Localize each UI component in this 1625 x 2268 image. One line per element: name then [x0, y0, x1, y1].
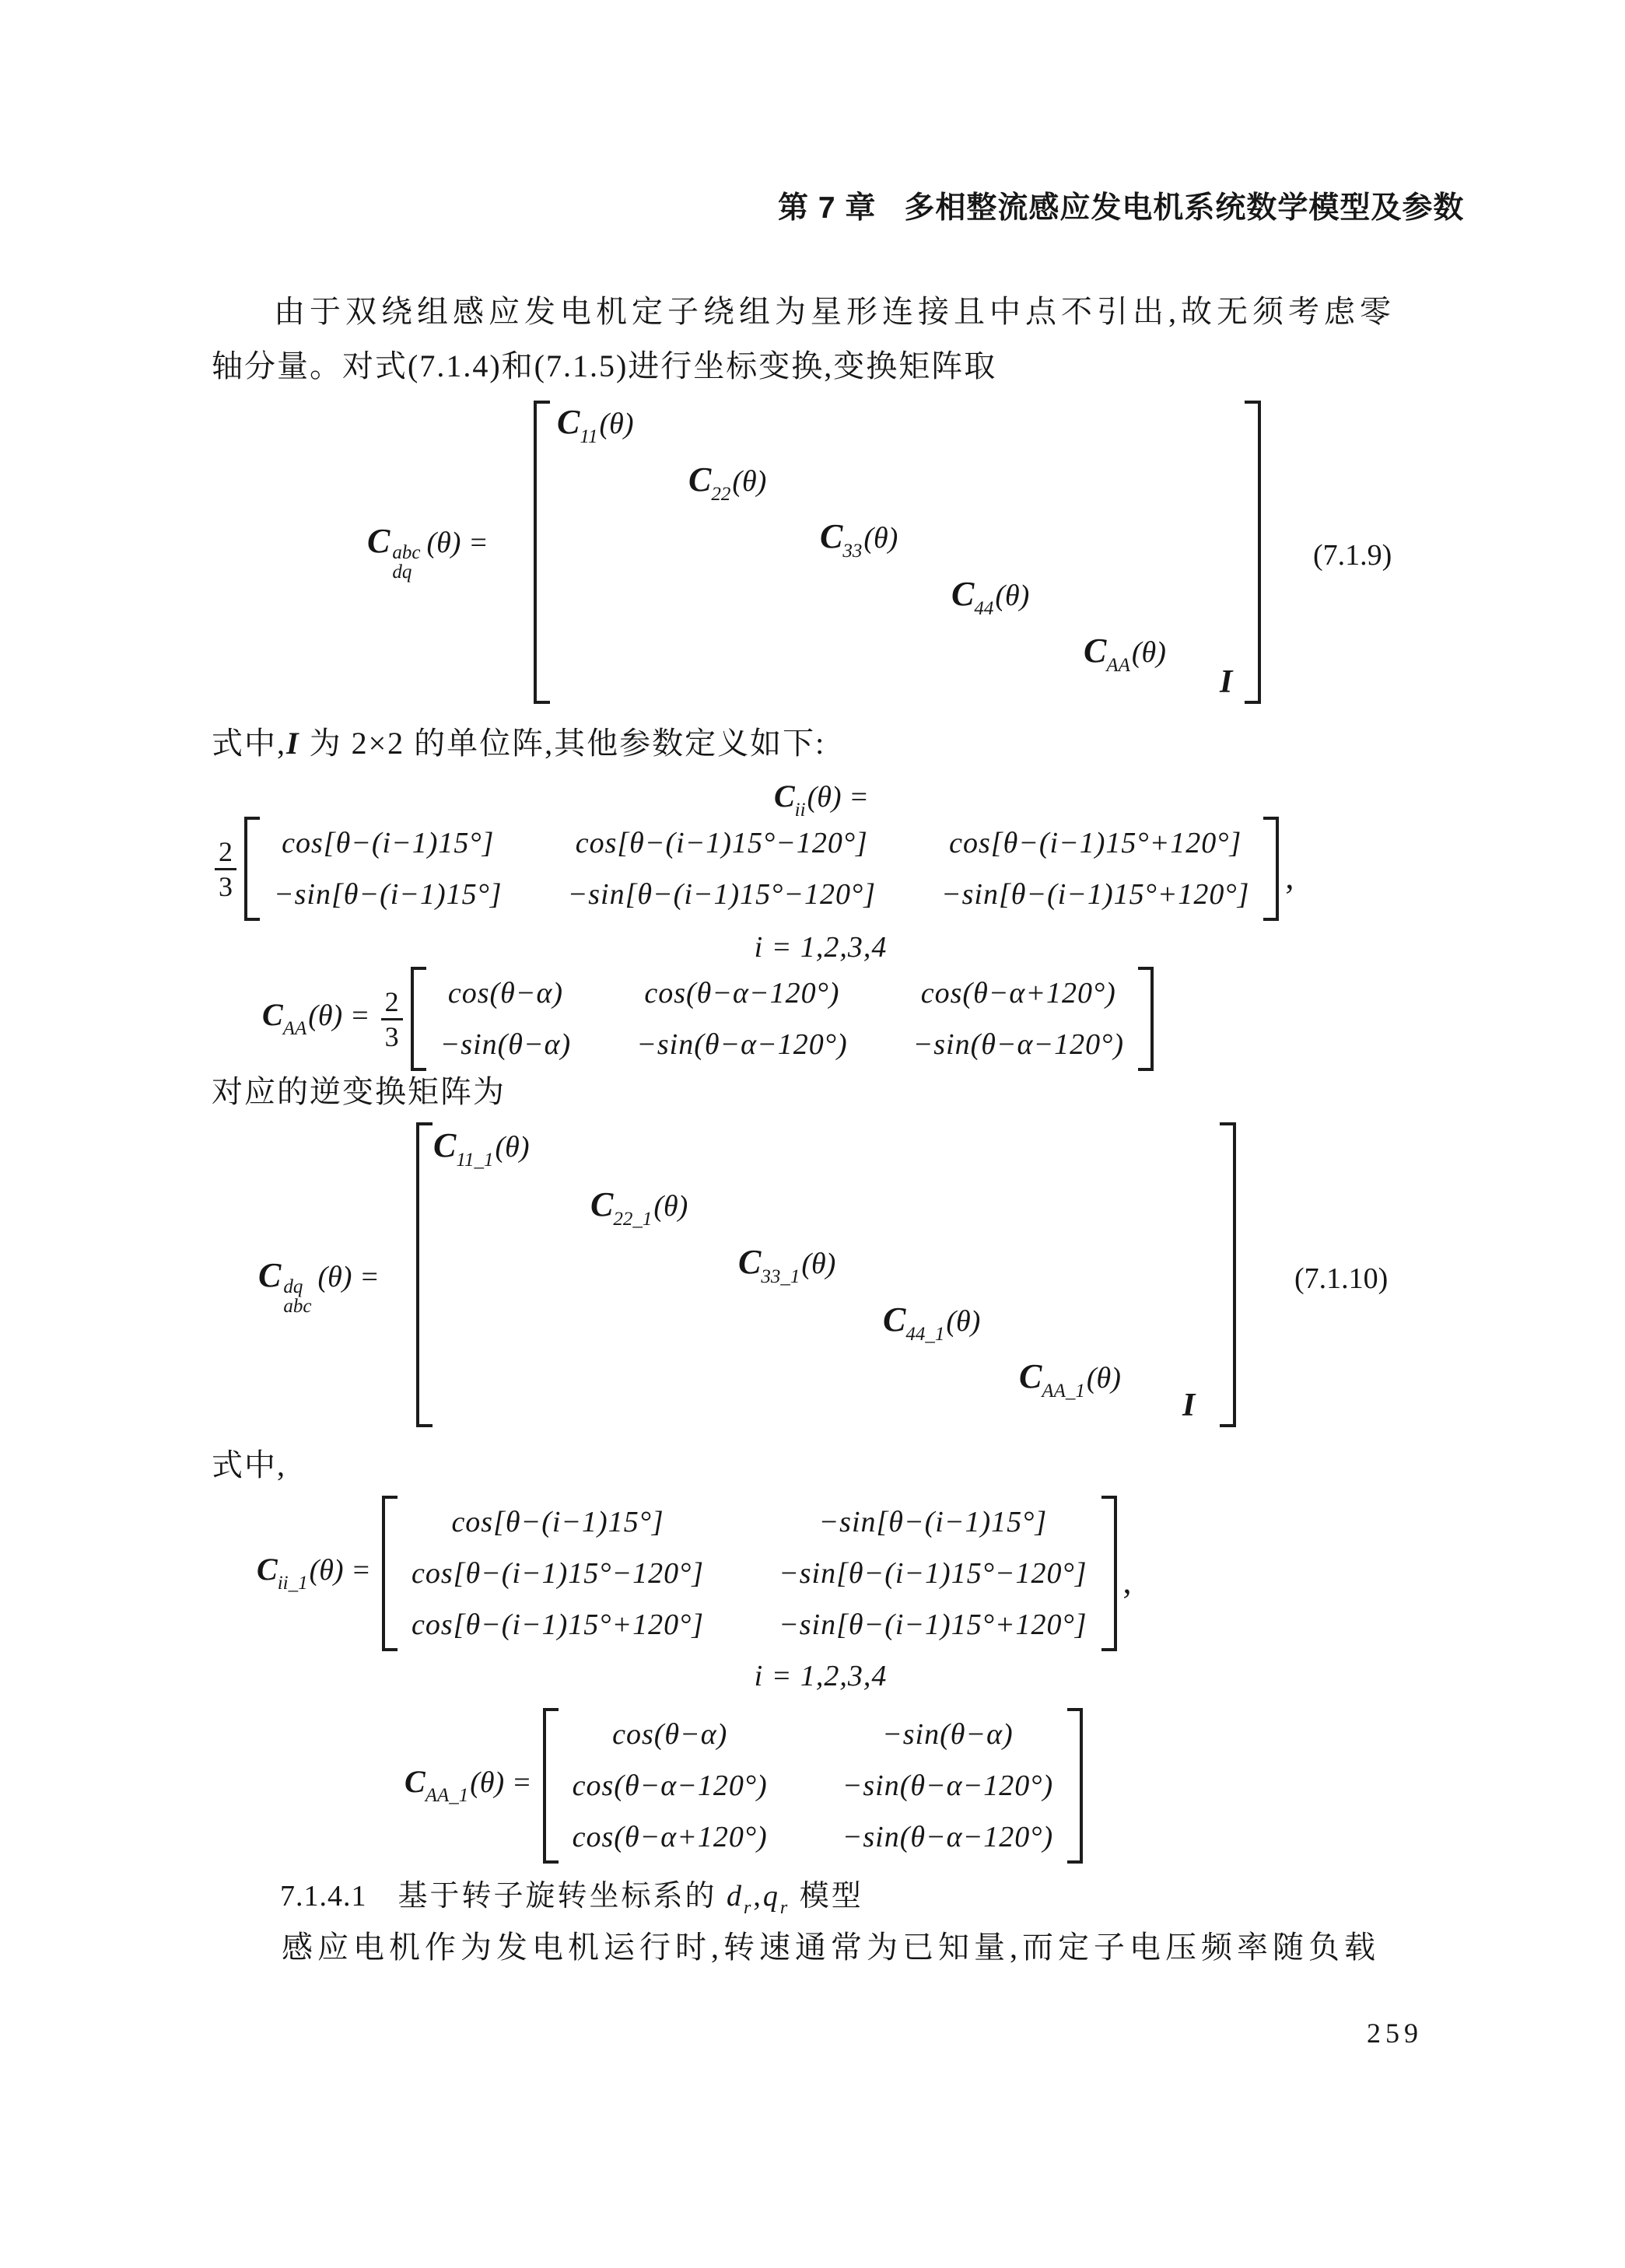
theta-argument: (θ): [732, 465, 766, 498]
matrix-cell: −sin(θ−α−120°): [842, 1818, 1053, 1856]
matrix-cell: −sin(θ−α−120°): [913, 1026, 1124, 1063]
theta-argument: (θ): [308, 999, 342, 1032]
matrix-entry: CAA_1(θ): [1019, 1360, 1121, 1402]
fraction-numerator: 2: [219, 837, 233, 866]
theta-argument: (θ): [470, 1766, 504, 1799]
matrix-right-bracket: [1263, 817, 1279, 921]
matrix-cell: cos(θ−α): [573, 1716, 768, 1753]
paragraph-line: 轴分量。对式(7.1.4)和(7.1.5)进行坐标变换,变换矩阵取: [212, 348, 996, 384]
fraction: 2 3: [215, 837, 236, 901]
matrix-entry: C11_1(θ): [433, 1129, 530, 1171]
identity-symbol: I: [1220, 663, 1232, 701]
matrix-cell: cos(θ−α+120°): [913, 975, 1124, 1012]
c-ii-1-formula: Cii_1(θ)= cos[θ−(i−1)15°] −sin[θ−(i−1)15…: [257, 1496, 1132, 1651]
fraction-bar: [381, 1018, 403, 1020]
subscript: 22_1: [613, 1209, 652, 1230]
c-symbol: C: [688, 460, 711, 499]
matrix-cell: −sin[θ−(i−1)15°]: [779, 1503, 1087, 1541]
paragraph-line: 由于双绕组感应发电机定子绕组为星形连接且中点不引出,故无须考虑零: [274, 294, 1396, 330]
superscript: abc: [392, 543, 420, 562]
comma: ,: [753, 1880, 763, 1913]
matrix-entry: C22_1(θ): [590, 1188, 688, 1230]
theta-argument: (θ): [807, 781, 842, 814]
running-header: 第 7 章多相整流感应发电机系统数学模型及参数: [778, 184, 1464, 227]
c-symbol: C: [774, 779, 795, 814]
matrix-cell: −sin(θ−α): [440, 1026, 572, 1063]
matrix-grid: cos(θ−α) cos(θ−α−120°) cos(θ−α+120°) −si…: [426, 967, 1138, 1071]
sup-sub-stack: dqabc: [283, 1277, 311, 1316]
subscript: abc: [283, 1297, 311, 1316]
matrix-cell: −sin[θ−(i−1)15°+120°]: [941, 876, 1249, 913]
section-number: 7.1.4.1: [280, 1880, 367, 1913]
matrix-cell: cos(θ−α−120°): [573, 1767, 768, 1804]
matrix-cell: cos[θ−(i−1)15°]: [274, 824, 503, 862]
superscript: dq: [283, 1277, 303, 1297]
equation-lhs: Cii_1(θ)=: [257, 1552, 369, 1594]
theta-argument: (θ): [310, 1554, 344, 1587]
subscript: 22: [711, 484, 730, 505]
section-title: 基于转子旋转坐标系的: [398, 1880, 727, 1913]
note-text: 为 2×2 的单位阵,其他参数定义如下:: [300, 726, 826, 761]
theta-argument: (θ): [317, 1261, 352, 1293]
equation-number: (7.1.9): [1313, 538, 1392, 572]
c-symbol: C: [367, 522, 390, 560]
fraction-numerator: 2: [385, 987, 399, 1017]
trailing-comma: ,: [1123, 1562, 1132, 1601]
subscript: 11_1: [456, 1150, 493, 1171]
matrix-grid: cos(θ−α) −sin(θ−α) cos(θ−α−120°) −sin(θ−…: [559, 1708, 1067, 1864]
book-page: 第 7 章多相整流感应发电机系统数学模型及参数 由于双绕组感应发电机定子绕组为星…: [0, 0, 1625, 2268]
index-range: i = 1,2,3,4: [212, 930, 1430, 964]
c-symbol: C: [1019, 1357, 1042, 1395]
chapter-label: 第 7 章: [778, 191, 876, 225]
fraction-bar: [215, 868, 236, 870]
matrix-right-bracket: [1245, 401, 1261, 704]
theta-argument: (θ): [801, 1248, 835, 1280]
subscript: ii_1: [278, 1573, 308, 1594]
theta-argument: (θ): [496, 1131, 530, 1164]
equation-lhs: CAA_1(θ)=: [404, 1765, 531, 1807]
sup-sub-stack: abcdq: [392, 543, 420, 582]
subscript: 44_1: [905, 1324, 944, 1345]
subscript: AA_1: [426, 1785, 469, 1806]
c-aa-1-formula: CAA_1(θ)= cos(θ−α) −sin(θ−α) cos(θ−α−120…: [404, 1708, 1083, 1864]
theta-argument: (θ): [426, 527, 461, 559]
c-symbol: C: [557, 403, 580, 441]
header-title: 多相整流感应发电机系统数学模型及参数: [904, 191, 1464, 225]
c-symbol: C: [257, 1552, 278, 1587]
subscript: 33: [842, 541, 862, 562]
matrix-cell: −sin[θ−(i−1)15°−120°]: [779, 1555, 1087, 1592]
matrix-right-bracket: [1138, 967, 1154, 1071]
theta-argument: (θ): [653, 1190, 688, 1223]
subscript: AA: [283, 1018, 307, 1039]
c-symbol: C: [951, 575, 974, 613]
c-symbol: C: [1084, 632, 1106, 670]
matrix-cell: cos[θ−(i−1)15°+120°]: [412, 1606, 704, 1643]
matrix-right-bracket: [1101, 1496, 1117, 1651]
equation-lhs: Cabcdq(θ)=: [367, 524, 487, 576]
fraction-denominator: 3: [385, 1022, 399, 1052]
subscript-r: r: [780, 1898, 790, 1918]
equals-sign: =: [361, 1261, 377, 1293]
matrix-cell: cos[θ−(i−1)15°−120°]: [568, 824, 876, 862]
matrix-entry: C44_1(θ): [883, 1303, 980, 1346]
c-symbol: C: [883, 1300, 905, 1339]
matrix-cell: −sin[θ−(i−1)15°+120°]: [779, 1606, 1087, 1643]
matrix-cell: cos(θ−α+120°): [573, 1818, 768, 1856]
c-symbol: C: [738, 1243, 761, 1281]
equals-sign: =: [470, 527, 486, 559]
c-symbol: C: [590, 1185, 613, 1223]
theta-argument: (θ): [1132, 636, 1166, 669]
c-symbol: C: [820, 517, 842, 555]
inline-note: 对应的逆变换矩阵为: [212, 1074, 506, 1110]
diagonal-matrix-7-1-9: C11(θ) C22(θ) C33(θ) C44(θ) CAA(θ) I: [534, 401, 1260, 704]
matrix-entry: C33_1(θ): [738, 1245, 835, 1288]
matrix-right-bracket: [1067, 1708, 1083, 1864]
section-heading: 7.1.4.1基于转子旋转坐标系的 dr,qr 模型: [280, 1871, 863, 1919]
matrix-left-bracket: [543, 1708, 559, 1864]
subscript: AA_1: [1042, 1381, 1085, 1402]
identity-symbol: I: [1182, 1387, 1195, 1424]
c-symbol: C: [404, 1764, 426, 1799]
matrix-left-bracket: [382, 1496, 397, 1651]
c-ii-formula: 2 3 cos[θ−(i−1)15°] cos[θ−(i−1)15°−120°]…: [215, 817, 1294, 921]
diagonal-matrix-7-1-10: C11_1(θ) C22_1(θ) C33_1(θ) C44_1(θ) CAA_…: [416, 1122, 1235, 1427]
subscript: 44: [974, 598, 993, 619]
index-range: i = 1,2,3,4: [212, 1659, 1430, 1693]
section-title: 模型: [790, 1880, 863, 1913]
inline-note: 式中,I 为 2×2 的单位阵,其他参数定义如下:: [212, 726, 825, 761]
matrix-entry: CAA(θ): [1084, 634, 1166, 677]
theta-argument: (θ): [600, 408, 634, 440]
matrix-right-bracket: [1220, 1122, 1236, 1427]
c-symbol: C: [258, 1256, 281, 1294]
equals-sign: =: [353, 1554, 369, 1587]
matrix-cell: −sin(θ−α−120°): [842, 1767, 1053, 1804]
theta-argument: (θ): [946, 1305, 980, 1338]
matrix-cell: cos[θ−(i−1)15°−120°]: [412, 1555, 704, 1592]
fraction-denominator: 3: [219, 872, 233, 901]
identity-symbol: I: [286, 726, 300, 761]
matrix-cell: cos(θ−α): [440, 975, 572, 1012]
equation-lhs: CAA(θ)=: [262, 998, 369, 1040]
inline-note: 式中,: [212, 1447, 286, 1483]
matrix-grid: cos[θ−(i−1)15°] cos[θ−(i−1)15°−120°] cos…: [260, 817, 1263, 921]
q-variable: q: [763, 1880, 780, 1913]
c-aa-formula: CAA(θ)= 2 3 cos(θ−α) cos(θ−α−120°) cos(θ…: [262, 967, 1154, 1071]
subscript: dq: [392, 562, 412, 582]
equals-sign: =: [352, 999, 368, 1032]
matrix-cell: −sin(θ−α−120°): [636, 1026, 847, 1063]
note-text: 式中,: [212, 726, 286, 761]
matrix-entry: C44(θ): [951, 577, 1029, 620]
equation-number: (7.1.10): [1294, 1262, 1388, 1296]
trailing-comma: ,: [1285, 857, 1294, 897]
theta-argument: (θ): [1087, 1362, 1121, 1395]
matrix-entry: C11(θ): [557, 405, 634, 448]
matrix-cell: −sin(θ−α): [842, 1716, 1053, 1753]
fraction: 2 3: [381, 987, 403, 1052]
subscript-r: r: [744, 1898, 753, 1918]
body-paragraph: 感应电机作为发电机运行时,转速通常为已知量,而定子电压频率随负载: [282, 1930, 1380, 1965]
theta-argument: (θ): [995, 579, 1029, 612]
matrix-left-bracket: [534, 401, 550, 704]
subscript: 33_1: [761, 1266, 800, 1287]
matrix-left-bracket: [416, 1122, 433, 1427]
page-number: 259: [1367, 2017, 1423, 2049]
matrix-cell: −sin[θ−(i−1)15°]: [274, 876, 503, 913]
matrix-grid: cos[θ−(i−1)15°] −sin[θ−(i−1)15°] cos[θ−(…: [397, 1496, 1101, 1651]
matrix-cell: cos[θ−(i−1)15°+120°]: [941, 824, 1249, 862]
matrix-entry: C22(θ): [688, 463, 766, 506]
c-ii-header: Cii(θ)=: [212, 779, 1430, 821]
equals-sign: =: [513, 1766, 530, 1799]
matrix-cell: cos[θ−(i−1)15°]: [412, 1503, 704, 1541]
matrix-left-bracket: [411, 967, 426, 1071]
matrix-entry: C33(θ): [820, 520, 898, 562]
c-symbol: C: [433, 1126, 456, 1164]
equals-sign: =: [851, 781, 867, 814]
c-symbol: C: [262, 997, 283, 1032]
subscript: 11: [580, 426, 597, 447]
matrix-cell: cos(θ−α−120°): [636, 975, 847, 1012]
matrix-left-bracket: [244, 817, 260, 921]
d-variable: d: [727, 1880, 744, 1913]
matrix-cell: −sin[θ−(i−1)15°−120°]: [568, 876, 876, 913]
theta-argument: (θ): [863, 522, 898, 555]
subscript: AA: [1106, 655, 1130, 676]
equation-lhs: Cdqabc(θ)=: [258, 1258, 378, 1310]
